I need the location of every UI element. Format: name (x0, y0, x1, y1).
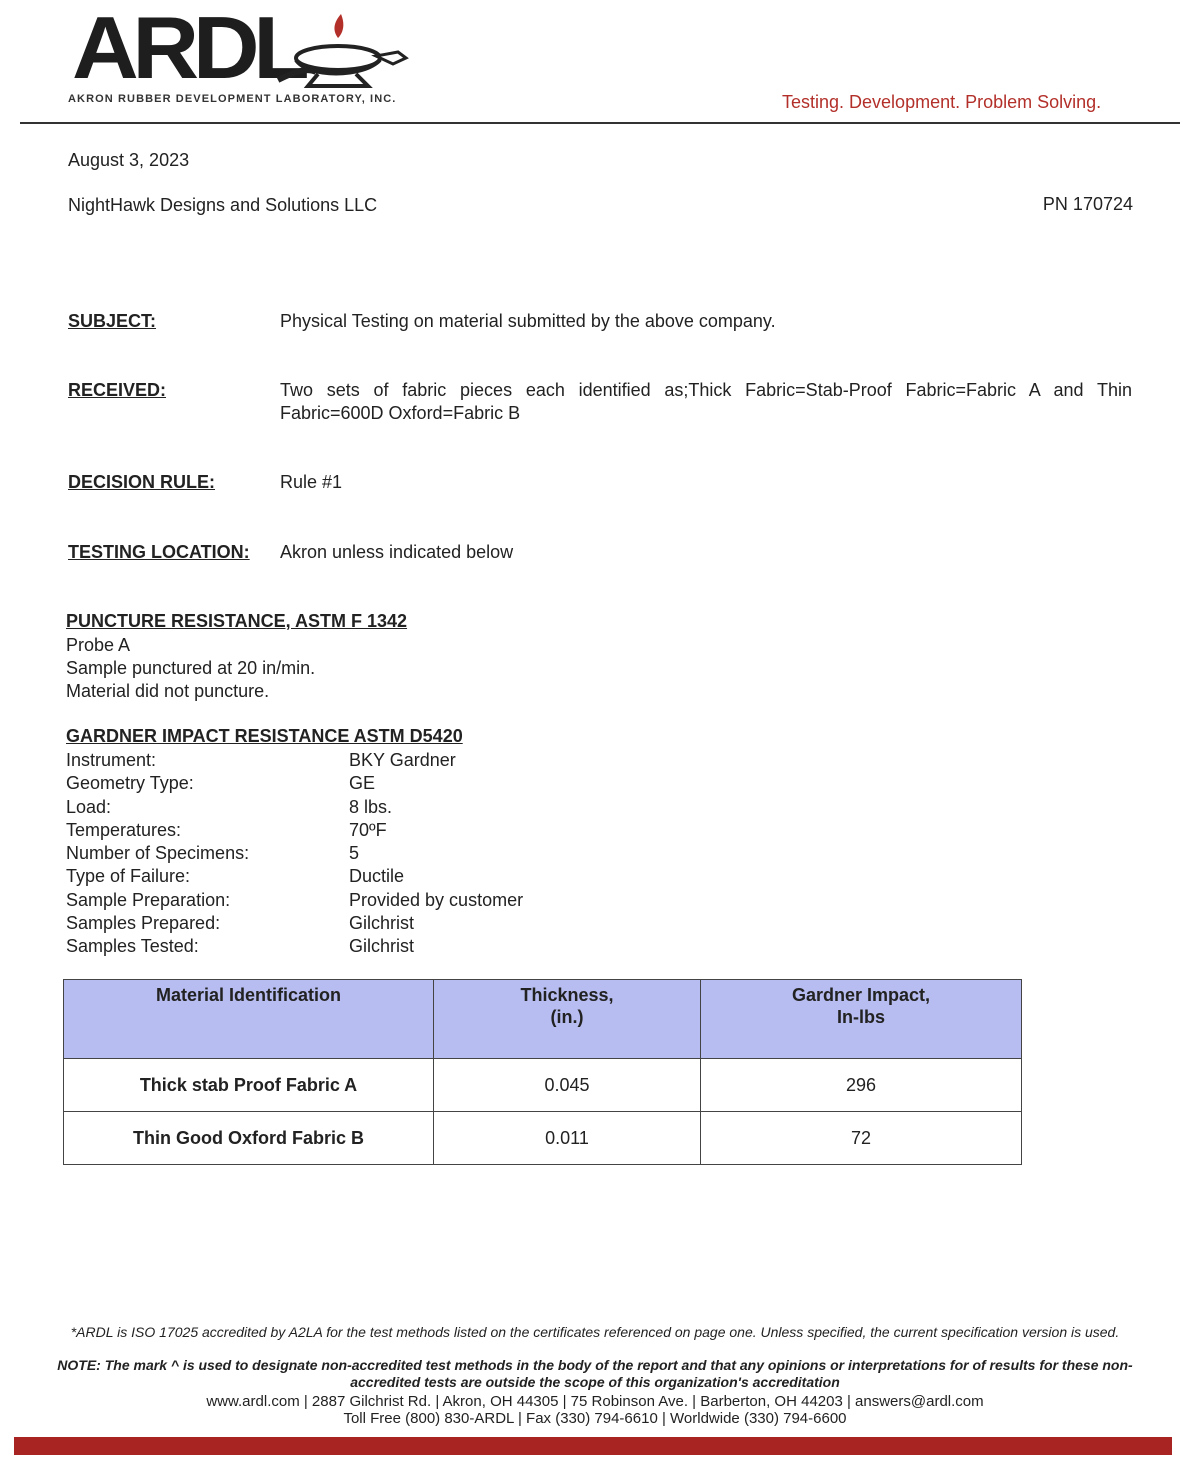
non-accredited-note: NOTE: The mark ^ is used to designate no… (40, 1357, 1150, 1391)
param-value: Gilchrist (349, 935, 414, 958)
param-key: Sample Preparation: (66, 889, 349, 912)
subject-label: SUBJECT: (68, 311, 156, 332)
header-thickness: Thickness, (in.) (434, 980, 701, 1059)
param-value: 70ºF (349, 819, 387, 842)
param-key: Load: (66, 796, 349, 819)
impact-cell: 296 (701, 1059, 1022, 1112)
param-value: Ductile (349, 865, 404, 888)
results-table: Material Identification Thickness, (in.)… (63, 979, 1022, 1165)
param-row: Geometry Type:GE (66, 772, 523, 795)
param-value: 5 (349, 842, 359, 865)
footer-bar (14, 1437, 1172, 1455)
company-name: NightHawk Designs and Solutions LLC (68, 195, 377, 216)
decision-rule-label: DECISION RULE: (68, 472, 215, 493)
param-key: Instrument: (66, 749, 349, 772)
param-value: 8 lbs. (349, 796, 392, 819)
thickness-cell: 0.011 (434, 1112, 701, 1165)
puncture-line: Material did not puncture. (66, 681, 269, 702)
param-key: Number of Specimens: (66, 842, 349, 865)
gardner-params: Instrument:BKY GardnerGeometry Type:GELo… (66, 749, 523, 959)
logo-subtitle: AKRON RUBBER DEVELOPMENT LABORATORY, INC… (68, 93, 396, 105)
testing-location-value: Akron unless indicated below (280, 542, 513, 563)
param-row: Type of Failure:Ductile (66, 865, 523, 888)
address-line: www.ardl.com | 2887 Gilchrist Rd. | Akro… (40, 1393, 1150, 1410)
param-value: BKY Gardner (349, 749, 456, 772)
gardner-title: GARDNER IMPACT RESISTANCE ASTM D5420 (66, 726, 463, 747)
param-row: Samples Prepared:Gilchrist (66, 912, 523, 935)
thickness-cell: 0.045 (434, 1059, 701, 1112)
param-row: Sample Preparation:Provided by customer (66, 889, 523, 912)
puncture-line: Probe A (66, 635, 130, 656)
table-row: Thin Good Oxford Fabric B0.01172 (64, 1112, 1022, 1165)
impact-cell: 72 (701, 1112, 1022, 1165)
accreditation-note: *ARDL is ISO 17025 accredited by A2LA fo… (40, 1324, 1150, 1341)
letter-date: August 3, 2023 (68, 150, 189, 171)
decision-rule-value: Rule #1 (280, 472, 342, 493)
param-row: Number of Specimens:5 (66, 842, 523, 865)
param-key: Samples Prepared: (66, 912, 349, 935)
material-cell: Thin Good Oxford Fabric B (64, 1112, 434, 1165)
header-divider (20, 122, 1180, 124)
param-value: Gilchrist (349, 912, 414, 935)
testing-location-label: TESTING LOCATION: (68, 542, 250, 563)
param-key: Geometry Type: (66, 772, 349, 795)
header-material: Material Identification (64, 980, 434, 1059)
header-gardner-impact: Gardner Impact, In-lbs (701, 980, 1022, 1059)
puncture-title: PUNCTURE RESISTANCE, ASTM F 1342 (66, 611, 407, 632)
param-value: Provided by customer (349, 889, 523, 912)
param-row: Samples Tested:Gilchrist (66, 935, 523, 958)
oil-lamp-icon (268, 8, 413, 88)
param-key: Temperatures: (66, 819, 349, 842)
tagline: Testing. Development. Problem Solving. (782, 92, 1101, 113)
table-row: Thick stab Proof Fabric A0.045296 (64, 1059, 1022, 1112)
param-row: Temperatures:70ºF (66, 819, 523, 842)
param-value: GE (349, 772, 375, 795)
footer-address: www.ardl.com | 2887 Gilchrist Rd. | Akro… (40, 1393, 1150, 1427)
param-row: Load:8 lbs. (66, 796, 523, 819)
received-value: Two sets of fabric pieces each identifie… (280, 379, 1132, 425)
project-number: PN 170724 (1043, 194, 1133, 215)
param-key: Type of Failure: (66, 865, 349, 888)
subject-value: Physical Testing on material submitted b… (280, 311, 776, 332)
puncture-line: Sample punctured at 20 in/min. (66, 658, 315, 679)
phone-line: Toll Free (800) 830-ARDL | Fax (330) 794… (40, 1410, 1150, 1427)
param-key: Samples Tested: (66, 935, 349, 958)
received-label: RECEIVED: (68, 380, 166, 401)
param-row: Instrument:BKY Gardner (66, 749, 523, 772)
material-cell: Thick stab Proof Fabric A (64, 1059, 434, 1112)
